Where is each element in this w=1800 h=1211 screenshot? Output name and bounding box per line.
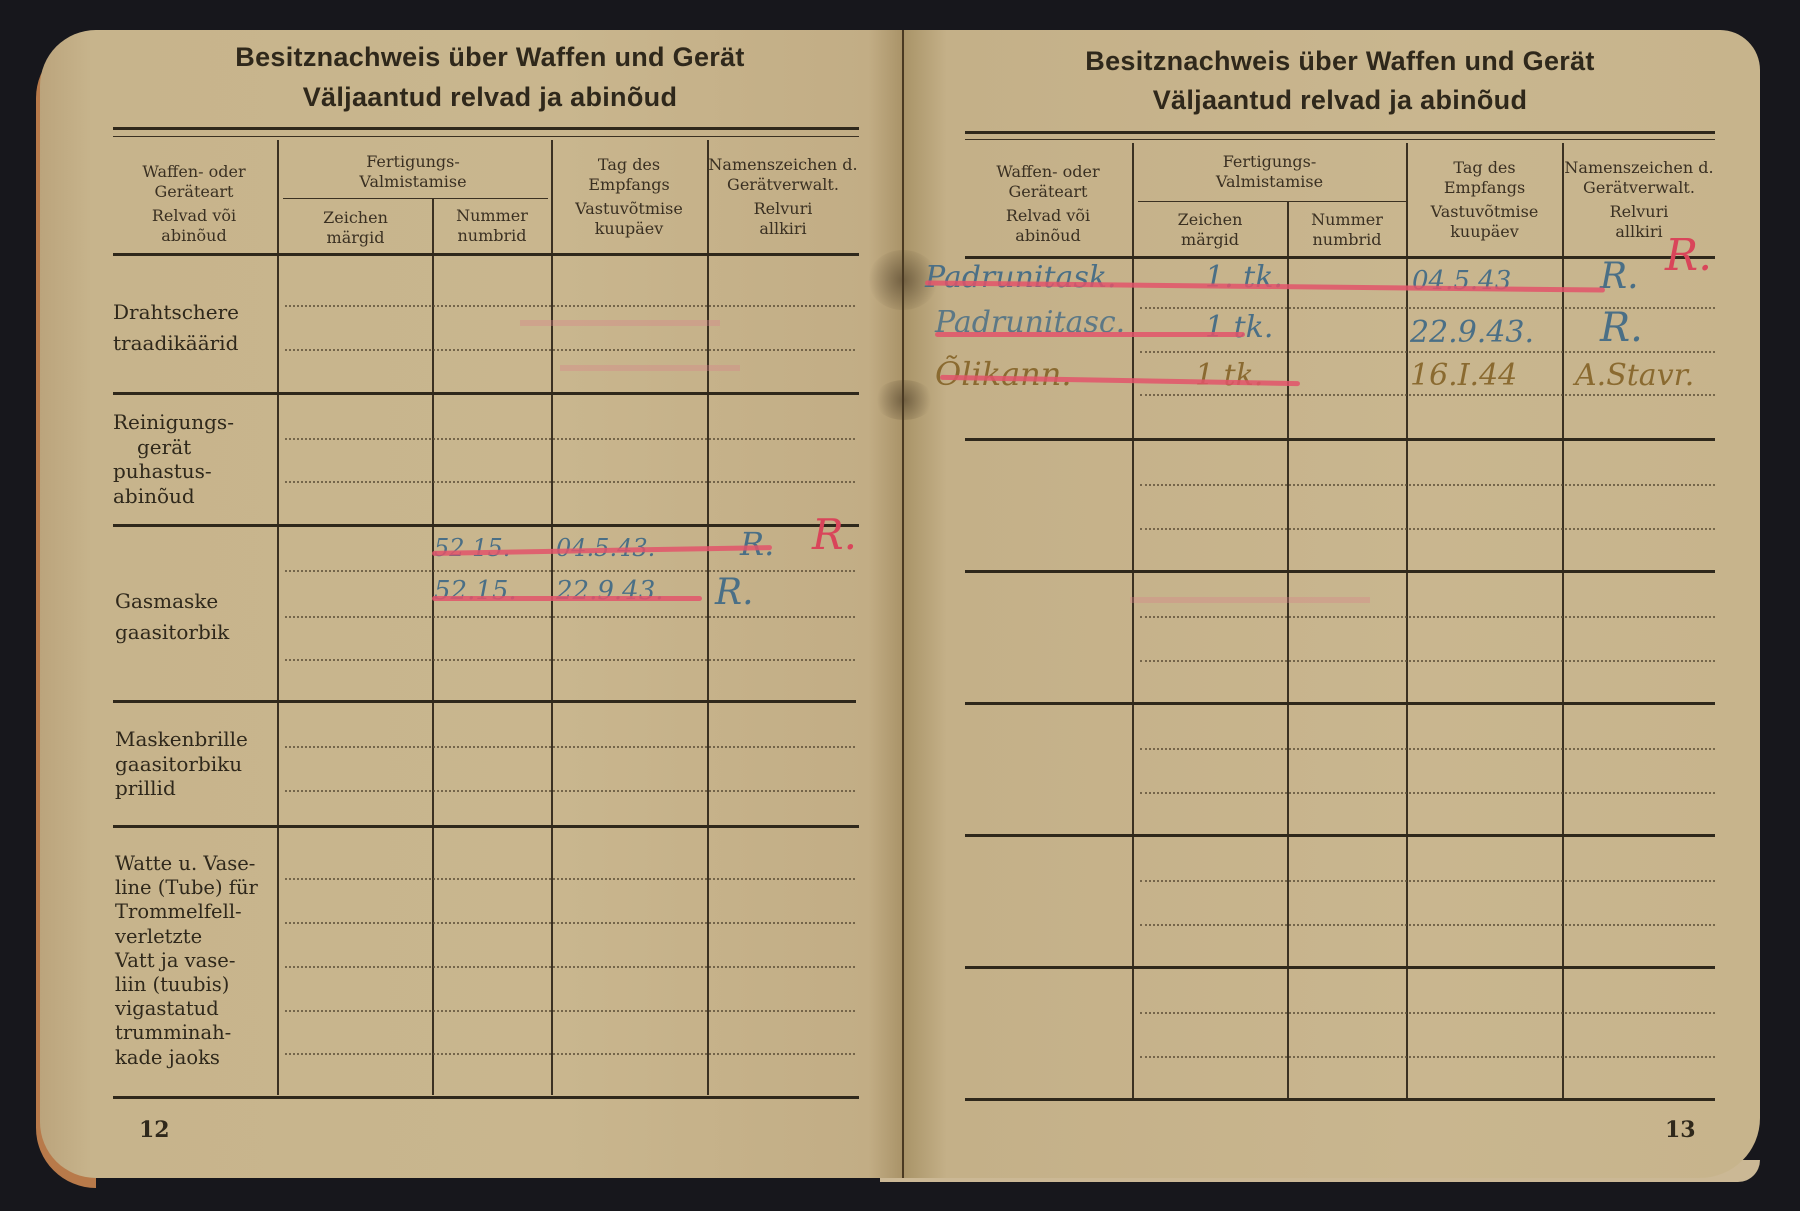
col-divider xyxy=(432,198,434,1095)
row-label-cleaning-kit: Reinigungs- gerät puhastus- abinõud xyxy=(113,410,234,508)
row-label-line: Reinigungs- xyxy=(113,410,234,435)
col-manuf-de: Fertigungs- xyxy=(1133,152,1406,172)
col-sign-et: Relvuri allkiri xyxy=(743,199,823,239)
entry-line xyxy=(285,481,855,483)
col-manuf-et: Valmistamise xyxy=(1133,172,1406,192)
manuf-subrule xyxy=(1138,201,1406,202)
page-number-left: 12 xyxy=(139,1117,170,1143)
row-rule xyxy=(113,253,859,256)
entry-line xyxy=(285,438,855,440)
col-divider xyxy=(1287,201,1289,1098)
row-rule xyxy=(965,702,1715,705)
faint-red-mark xyxy=(520,320,720,326)
entry-item-1: Padrunitask. xyxy=(925,260,1117,295)
entry-line xyxy=(285,966,855,968)
col-sign-de: Namenszeichen d. Gerätverwalt. xyxy=(1564,158,1714,198)
entry-line xyxy=(285,570,855,572)
row-rule xyxy=(113,392,859,395)
row-label-line: Watte u. Vase- xyxy=(115,852,258,876)
gasmask-sign-2: R. xyxy=(715,572,754,613)
col-manuf-header: Fertigungs- Valmistamise xyxy=(1133,152,1406,192)
faint-red-mark xyxy=(560,365,740,371)
row-label-line: gerät xyxy=(113,435,234,460)
entry-date-2: 22.9.43. xyxy=(1410,315,1534,350)
header-rule xyxy=(965,131,1715,134)
row-rule xyxy=(113,1096,859,1099)
entry-line xyxy=(285,305,855,307)
strike-through xyxy=(432,596,702,601)
entry-line xyxy=(1140,792,1715,794)
col-type-et: Relvad või abinõud xyxy=(1003,206,1093,246)
row-label-line: trumminah- xyxy=(115,1021,258,1045)
entry-line xyxy=(1140,660,1715,662)
col-type-header: Waffen- oder Geräteart Relvad või abinõu… xyxy=(965,162,1131,246)
row-rule xyxy=(113,700,856,703)
entry-item-3: Õlikann. xyxy=(935,355,1072,393)
col-date-de: Tag des Empfangs xyxy=(584,155,674,195)
entry-sign-3: A.Stavr. xyxy=(1575,358,1694,393)
col-number-header: Nummer numbrid xyxy=(1288,210,1406,250)
book-spine xyxy=(902,30,904,1178)
col-manuf-header: Fertigungs- Valmistamise xyxy=(278,152,548,192)
col-number-et: numbrid xyxy=(1288,230,1406,250)
col-type-de: Waffen- oder Geräteart xyxy=(993,162,1103,202)
entry-line xyxy=(1140,351,1715,353)
row-label-line: Gasmaske xyxy=(115,589,229,614)
row-label-line: Drahtschere xyxy=(113,300,239,325)
red-cancel-signature: R. xyxy=(812,510,857,559)
staple-hole-stain xyxy=(874,380,934,420)
row-rule xyxy=(965,438,1715,441)
entry-sign-1: R. xyxy=(1600,256,1639,297)
row-label-mask-goggles: Maskenbrille gaasitorbiku prillid xyxy=(115,727,248,801)
row-label-line: traadikäärid xyxy=(113,331,239,356)
header-rule-thin xyxy=(965,139,1715,140)
entry-line xyxy=(1140,616,1715,618)
entry-line xyxy=(285,922,855,924)
col-number-de: Nummer xyxy=(433,206,551,226)
gasmask-number-2: 52.15. xyxy=(434,576,517,606)
gasmask-number-1: 52 15. xyxy=(434,534,510,562)
col-number-header: Nummer numbrid xyxy=(433,206,551,246)
col-manuf-de: Fertigungs- xyxy=(278,152,548,172)
entry-line xyxy=(1140,924,1715,926)
row-label-line: line (Tube) für xyxy=(115,876,258,900)
row-label-line: Vatt ja vase- xyxy=(115,949,258,973)
col-sign-de: Namenszeichen d. Gerätverwalt. xyxy=(708,155,858,195)
faint-red-mark xyxy=(1130,597,1370,603)
strike-through xyxy=(935,332,1245,337)
col-mark-de: Zeichen xyxy=(1133,210,1287,230)
gasmask-sign-1: R. xyxy=(740,525,774,563)
col-number-et: numbrid xyxy=(433,226,551,246)
entry-line xyxy=(1140,748,1715,750)
row-label-line: verletzte xyxy=(115,925,258,949)
manuf-subrule xyxy=(283,198,548,199)
header-rule xyxy=(113,127,859,130)
entry-line xyxy=(1140,880,1715,882)
row-label-line: vigastatud xyxy=(115,997,258,1021)
row-rule xyxy=(965,966,1715,969)
col-mark-et: märgid xyxy=(278,228,433,248)
entry-qty-3: 1 tk. xyxy=(1195,358,1263,393)
row-rule xyxy=(965,570,1715,573)
row-label-line: puhastus- xyxy=(113,459,234,484)
page-number-right: 13 xyxy=(1665,1117,1696,1143)
col-type-et: Relvad või abinõud xyxy=(149,206,239,246)
row-label-line: Trommelfell- xyxy=(115,900,258,924)
entry-line xyxy=(285,1010,855,1012)
row-label-gas-mask: Gasmaske gaasitorbik xyxy=(115,589,229,644)
entry-line xyxy=(1140,394,1715,396)
entry-date-3: 16.I.44 xyxy=(1410,358,1517,393)
entry-date-1: 04.5.43 xyxy=(1412,266,1511,296)
col-manuf-et: Valmistamise xyxy=(278,172,548,192)
entry-line xyxy=(285,790,855,792)
entry-qty-1: 1. tk. xyxy=(1205,260,1283,295)
col-divider xyxy=(277,140,279,1095)
col-sign-header: Namenszeichen d. Gerätverwalt. Relvuri a… xyxy=(707,155,859,239)
row-rule xyxy=(113,825,859,828)
col-type-header: Waffen- oder Geräteart Relvad või abinõu… xyxy=(113,162,275,246)
col-date-et: Vastuvõtmise kuupäev xyxy=(1420,202,1550,242)
col-mark-et: märgid xyxy=(1133,230,1287,250)
row-label-line: gaasitorbik xyxy=(115,620,229,645)
col-mark-header: Zeichen märgid xyxy=(1133,210,1287,250)
red-cancel-signature: R. xyxy=(1665,230,1712,281)
row-rule xyxy=(965,834,1715,837)
gasmask-date-2: 22.9.43. xyxy=(556,576,664,606)
col-mark-de: Zeichen xyxy=(278,208,433,228)
row-label-cotton-vaseline: Watte u. Vase- line (Tube) für Trommelfe… xyxy=(115,852,258,1070)
row-label-line: prillid xyxy=(115,776,248,801)
left-title-et: Väljaantud relvad ja abinõud xyxy=(150,78,830,116)
row-label-line: Maskenbrille xyxy=(115,727,248,752)
entry-line xyxy=(1140,1012,1715,1014)
col-type-de: Waffen- oder Geräteart xyxy=(139,162,249,202)
entry-line xyxy=(285,349,855,351)
col-date-header: Tag des Empfangs Vastuvõtmise kuupäev xyxy=(1407,158,1562,242)
col-date-de: Tag des Empfangs xyxy=(1440,158,1530,198)
right-title-de: Besitznachweis über Waffen und Gerät xyxy=(990,42,1690,80)
col-mark-header: Zeichen märgid xyxy=(278,208,433,248)
entry-qty-2: 1 tk. xyxy=(1205,310,1273,345)
left-title-de: Besitznachweis über Waffen und Gerät xyxy=(150,38,830,76)
row-label-wire-cutters: Drahtschere traadikäärid xyxy=(113,300,239,355)
col-number-de: Nummer xyxy=(1288,210,1406,230)
row-rule xyxy=(965,1098,1715,1101)
row-label-line: kade jaoks xyxy=(115,1046,258,1070)
entry-line xyxy=(1140,484,1715,486)
entry-line xyxy=(285,1053,855,1055)
col-date-header: Tag des Empfangs Vastuvõtmise kuupäev xyxy=(552,155,706,239)
entry-line xyxy=(1140,1056,1715,1058)
entry-line xyxy=(1140,528,1715,530)
entry-line xyxy=(285,616,855,618)
right-title-et: Väljaantud relvad ja abinõud xyxy=(990,81,1690,119)
row-label-line: abinõud xyxy=(113,484,234,509)
row-label-line: liin (tuubis) xyxy=(115,973,258,997)
col-date-et: Vastuvõtmise kuupäev xyxy=(564,199,694,239)
row-label-line: gaasitorbiku xyxy=(115,752,248,777)
header-rule-thin xyxy=(113,136,859,137)
entry-sign-2: R. xyxy=(1600,305,1643,351)
entry-line xyxy=(285,746,855,748)
entry-line xyxy=(285,878,855,880)
entry-line xyxy=(285,659,855,661)
